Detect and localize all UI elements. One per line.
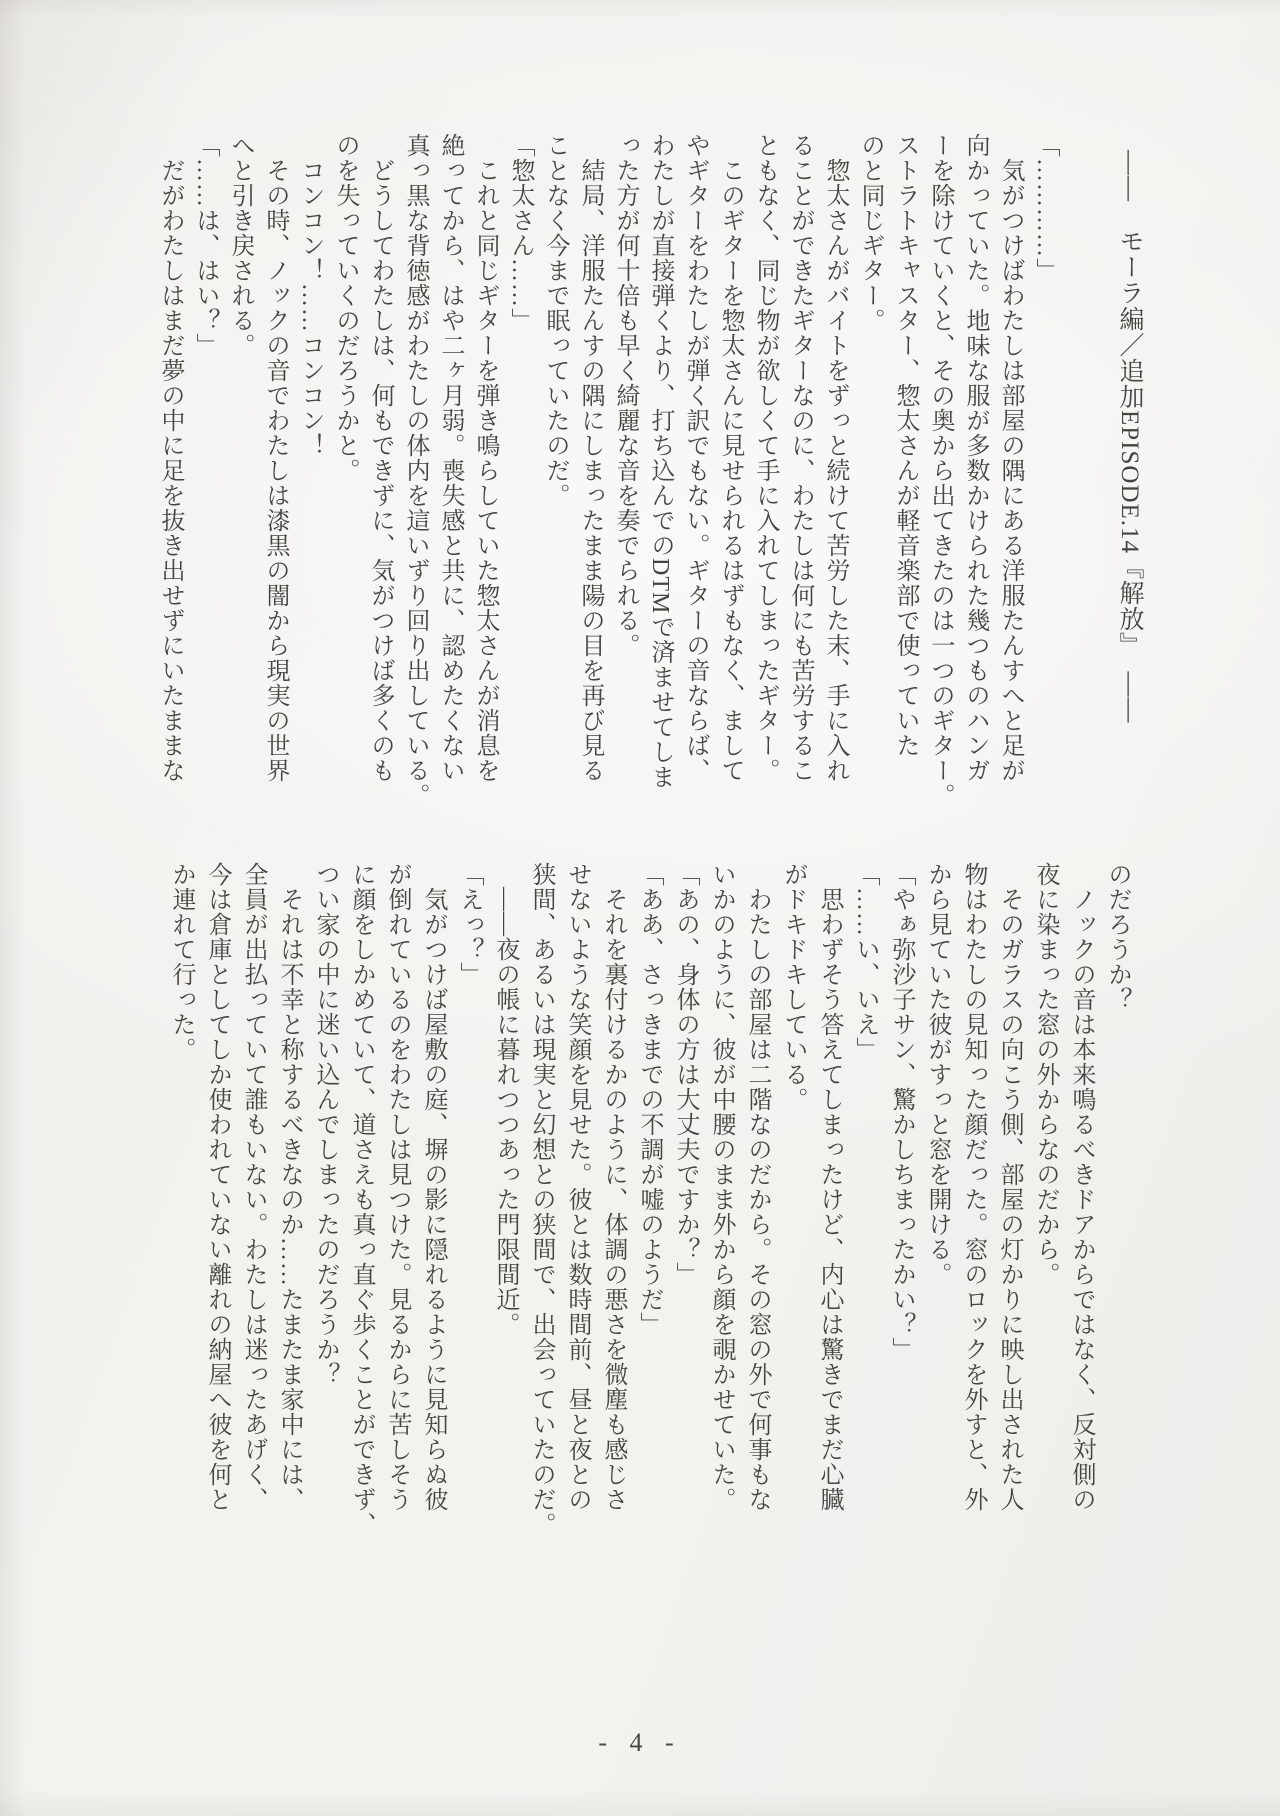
text-line: から見ていた彼がすっと窓を開ける。 (919, 862, 955, 1614)
text-line: に顔をしかめていて、道さえも真っ直ぐ歩くことができず、 (343, 862, 379, 1614)
text-line: ノックの音は本来鳴るべきドアからではなく、反対側の (1063, 862, 1099, 1614)
text-line: そのガラスの向こう側、部屋の灯かりに映し出された人 (991, 862, 1027, 1614)
text-line: いかのように、彼が中腰のまま外から顔を覗かせていた。 (703, 862, 739, 1614)
text-line: ーを除けていくと、その奥から出てきたのは一つのギター。 (922, 133, 957, 833)
text-line: これと同じギターを弾き鳴らしていた惣太さんが消息を (467, 133, 502, 833)
text-line: 今は倉庫としてしか使われていない離れの納屋へ彼を何と (199, 862, 235, 1614)
text-line: 「えっ？」 (451, 862, 487, 1614)
text-line: がドキドキしている。 (775, 862, 811, 1614)
text-line: のを失っていくのだろうかと。 (327, 133, 362, 833)
story-text-top-block: 「…………」 気がつけばわたしは部屋の隅にある洋服たんすへと足が向かっていた。地… (152, 133, 1062, 833)
text-line: 「…………」 (1027, 133, 1062, 833)
episode-title: ―― モーラ編／追加EPISODE.14『解放』 ―― (1111, 150, 1147, 910)
text-line: どうしてわたしは、何もできずに、気がつけば多くのも (362, 133, 397, 833)
page-number: - 4 - (0, 1728, 1280, 1758)
text-line: わたしの部屋は二階なのだから。その窓の外で何事もな (739, 862, 775, 1614)
text-line: 物はわたしの見知った顔だった。窓のロックを外すと、外 (955, 862, 991, 1614)
text-line: それを裏付けるかのように、体調の悪さを微塵も感じさ (595, 862, 631, 1614)
text-line: ることができたギターなのに、わたしは何にも苦労するこ (782, 133, 817, 833)
text-line: 気がつけば屋敷の庭、塀の影に隠れるように見知らぬ彼 (415, 862, 451, 1614)
text-line: 全員が出払っていて誰もいない。わたしは迷ったあげく、 (235, 862, 271, 1614)
text-line: コンコン！……コンコン！ (292, 133, 327, 833)
text-line: 「あの、身体の方は大丈夫ですか？」 (667, 862, 703, 1614)
text-line: ストラトキャスター、惣太さんが軽音楽部で使っていた (887, 133, 922, 833)
text-line: せないような笑顔を見せた。彼とは数時間前、昼と夜との (559, 862, 595, 1614)
text-line: 絶ってから、はや二ヶ月弱。喪失感と共に、認めたくない (432, 133, 467, 833)
text-line: か連れて行った。 (163, 862, 199, 1614)
text-line: 「……い、いえ」 (847, 862, 883, 1614)
text-line: つい家の中に迷い込んでしまったのだろうか？ (307, 862, 343, 1614)
text-line: 夜に染まった窓の外からなのだから。 (1027, 862, 1063, 1614)
text-line: 「やぁ弥沙子サン、驚かしちまったかい？」 (883, 862, 919, 1614)
text-line: 狭間、あるいは現実と幻想との狭間で、出会っていたのだ。 (523, 862, 559, 1614)
text-line: ことなく今まで眠っていたのだ。 (537, 133, 572, 833)
text-line: それは不幸と称するべきなのか……たまたま家中には、 (271, 862, 307, 1614)
text-line: 「ああ、さっきまでの不調が嘘のようだ」 (631, 862, 667, 1614)
text-line: が倒れているのをわたしは見つけた。見るからに苦しそう (379, 862, 415, 1614)
story-text-bottom-block: のだろうか？ ノックの音は本来鳴るべきドアからではなく、反対側の夜に染まった窓の… (163, 862, 1135, 1614)
text-line: このギターを惣太さんに見せられるはずもなく、まして (712, 133, 747, 833)
text-line: その時、ノックの音でわたしは漆黒の闇から現実の世界 (257, 133, 292, 833)
text-line: 向かっていた。地味な服が多数かけられた幾つものハンガ (957, 133, 992, 833)
scanned-page: ―― モーラ編／追加EPISODE.14『解放』 ―― 「…………」 気がつけば… (0, 0, 1280, 1816)
text-line: った方が何十倍も早く綺麗な音を奏でられる。 (607, 133, 642, 833)
text-line: 真っ黒な背徳感がわたしの体内を這いずり回り出している。 (397, 133, 432, 833)
text-line: のと同じギター。 (852, 133, 887, 833)
text-line: のだろうか？ (1099, 862, 1135, 1614)
text-line: 気がつけばわたしは部屋の隅にある洋服たんすへと足が (992, 133, 1027, 833)
text-line: わたしが直接弾くより、打ち込んでのDTMで済ませてしま (642, 133, 677, 833)
text-line: やギターをわたしが弾く訳でもない。ギターの音ならば、 (677, 133, 712, 833)
text-line: へと引き戻される。 (222, 133, 257, 833)
text-line: 結局、洋服たんすの隅にしまったまま陽の目を再び見る (572, 133, 607, 833)
text-line: 思わずそう答えてしまったけど、内心は驚きでまだ心臓 (811, 862, 847, 1614)
text-line: 惣太さんがバイトをずっと続けて苦労した末、手に入れ (817, 133, 852, 833)
text-line: ともなく、同じ物が欲しくて手に入れてしまったギター。 (747, 133, 782, 833)
text-line: 「惣太さん……」 (502, 133, 537, 833)
text-line: ――夜の帳に暮れつつあった門限間近。 (487, 862, 523, 1614)
text-line: だがわたしはまだ夢の中に足を抜き出せずにいたままな (152, 133, 187, 833)
text-line: 「……は、はい？」 (187, 133, 222, 833)
